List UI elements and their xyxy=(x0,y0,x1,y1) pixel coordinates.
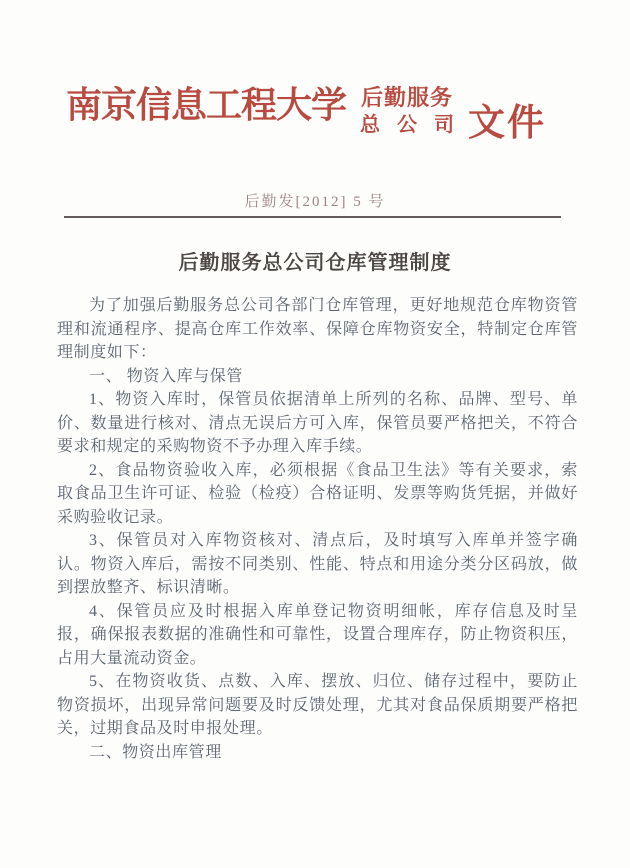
org-name-line1: 后勤服务 xyxy=(361,85,453,110)
clause-2: 2、食品物资验收入库，必须根据《食品卫生法》等有关要求，索取食品卫生许可证、检验… xyxy=(57,459,578,530)
section-1-heading: 一、 物资入库与保管 xyxy=(57,365,578,389)
document-word: 文件 xyxy=(468,92,546,146)
clause-4: 4、保管员应及时根据入库单登记物资明细帐，库存信息及时呈报，确保报表数据的准确性… xyxy=(57,600,578,671)
section-2-heading: 二、物资出库管理 xyxy=(57,741,578,765)
university-name: 南京信息工程大学 xyxy=(66,82,346,129)
clause-5: 5、在物资收货、点数、入库、摆放、归位、储存过程中，要防止物资损坏，出现异常问题… xyxy=(57,670,578,741)
org-name-line2: 总 公 司 xyxy=(360,114,460,136)
red-letterhead: 南京信息工程大学 后勤服务 总 公 司 文件 xyxy=(66,82,546,146)
intro-paragraph: 为了加强后勤服务总公司各部门仓库管理，更好地规范仓库物资管理和流通程序、提高仓库… xyxy=(57,294,578,365)
document-title: 后勤服务总公司仓库管理制度 xyxy=(0,246,630,275)
header-separator-rule xyxy=(64,216,561,218)
document-number: 后勤发[2012] 5 号 xyxy=(0,190,630,211)
org-name-block: 后勤服务 总 公 司 xyxy=(360,84,454,138)
document-body: 为了加强后勤服务总公司各部门仓库管理，更好地规范仓库物资管理和流通程序、提高仓库… xyxy=(57,294,578,764)
clause-1: 1、物资入库时，保管员依据清单上所列的名称、品牌、型号、单价、数量进行核对、清点… xyxy=(57,388,578,459)
scanned-document-page: 南京信息工程大学 后勤服务 总 公 司 文件 后勤发[2012] 5 号 后勤服… xyxy=(0,0,630,868)
clause-3: 3、保管员对入库物资核对、清点后，及时填写入库单并签字确认。物资入库后，需按不同… xyxy=(57,529,578,600)
